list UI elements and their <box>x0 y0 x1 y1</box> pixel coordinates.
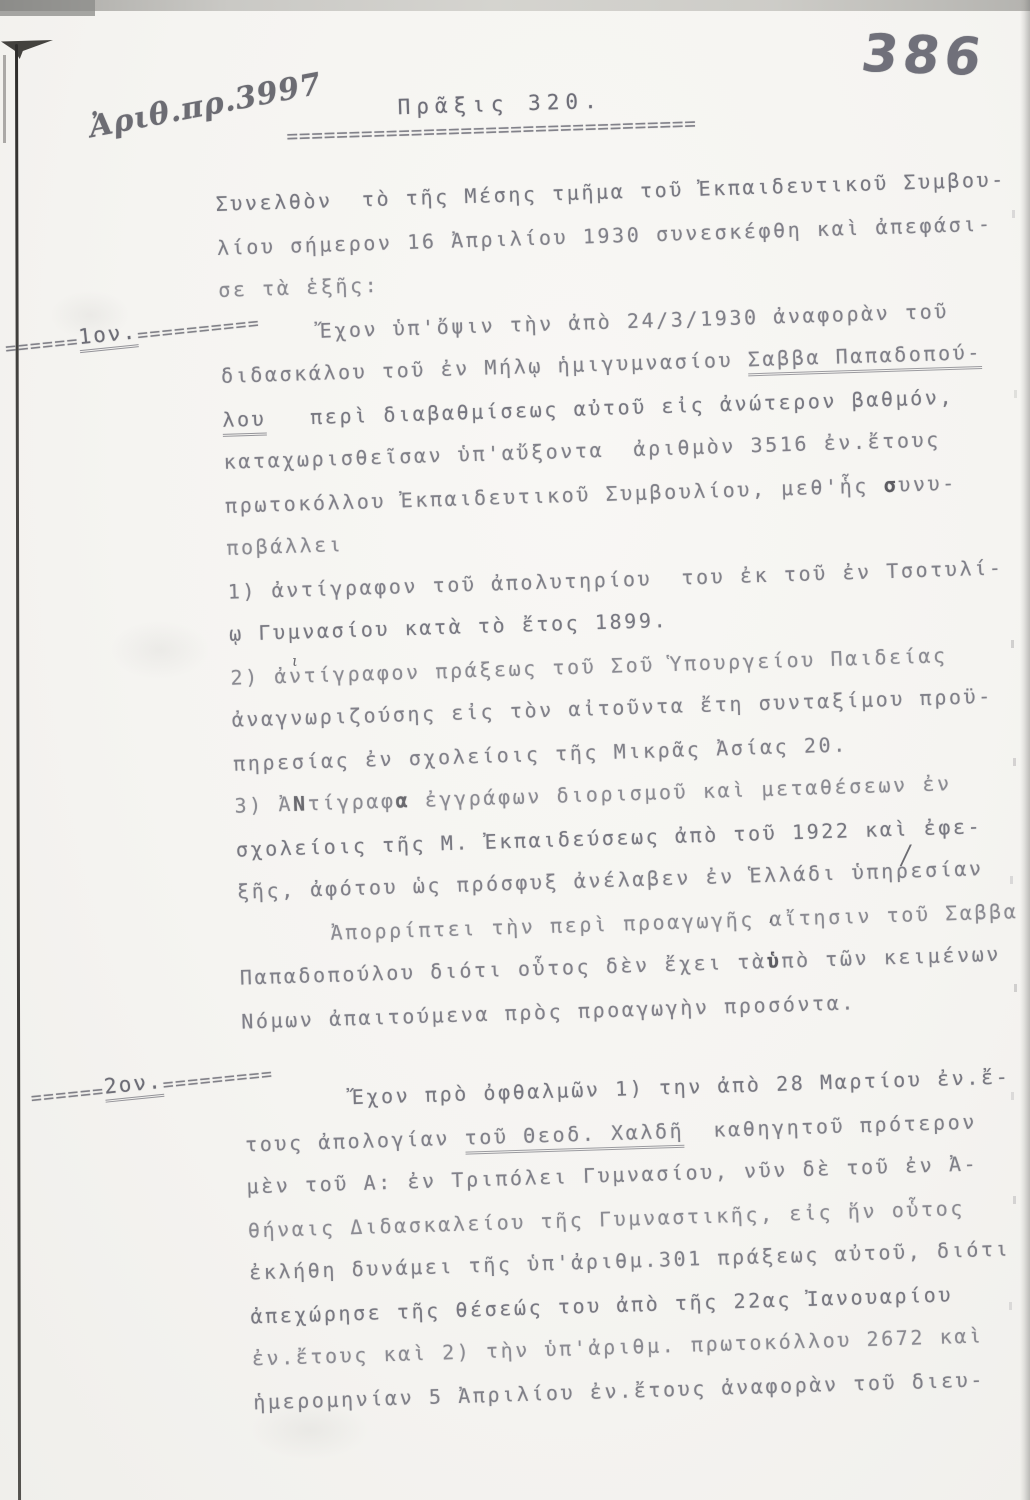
text-segment: υνυ- <box>898 471 957 497</box>
title-underline: ================================= <box>286 113 697 148</box>
hand-mark: ι <box>292 652 298 670</box>
text-segment: 3) Ἀ <box>234 792 293 818</box>
typewritten-layer: Ἀριθ.πρ.3997 Πρᾶξις 320. ===============… <box>0 0 1030 1500</box>
document-title: Πρᾶξις 320. <box>397 89 603 119</box>
marker-dashes: ====== <box>30 1081 106 1109</box>
marker-label: 1ον. <box>77 319 138 353</box>
hand-overwritten-text: Ν <box>293 791 308 815</box>
hand-overwritten-text: ὑ <box>766 949 781 973</box>
hand-overwritten-text: σ <box>883 473 898 497</box>
margin-marker-2: ======2ον.========= <box>29 1058 274 1107</box>
underlined-text: Σαββα Παπαδοπού- <box>747 340 982 376</box>
document-body: Συνελθὸν τὸ τῆς Μέσης τμῆμα τοῦ Ἐκπαιδευ… <box>215 158 1030 1424</box>
underlined-text: τοῦ Θεοδ. Χαλδῆ <box>464 1119 684 1155</box>
underlined-text: λου <box>222 407 267 437</box>
text-segment: καθηγητοῦ πρότερον <box>684 1110 977 1143</box>
text-segment: Νόμων ἀπαιτούμενα πρὸς προαγωγὴν προσόντ… <box>241 990 856 1033</box>
text-segment: τους ἀπολογίαν <box>245 1126 465 1157</box>
text-segment: διδασκάλου τοῦ ἐν Μήλῳ ἡμιγυμνασίου <box>221 347 749 388</box>
text-segment: πὸ τῶν κειμένων <box>781 942 1001 973</box>
scanned-document-page: 386 Ἀριθ.πρ.3997 Πρᾶξις 320. ===========… <box>0 0 1030 1500</box>
text-segment: Παπαδοπούλου διότι οὗτος δὲν ἔχει τὰ <box>240 949 768 990</box>
text-segment: τίγραφ <box>307 789 396 816</box>
text-segment: ῳ Γυμνασίου κατὰ τὸ ἔτος 1899. <box>229 608 669 646</box>
text-segment: σε τὰ ἑξῆς: <box>218 273 380 302</box>
text-segment: ποβάλλει <box>226 532 344 560</box>
hand-overwritten-text: α <box>395 788 410 812</box>
marker-label: 2ον. <box>103 1069 164 1103</box>
handwritten-correction-marks: /ιʹ <box>0 0 1024 7</box>
text-segment: ἐγγράφων διορισμοῦ καὶ μεταθέσεων ἐν <box>410 771 952 812</box>
marker-dashes: ====== <box>4 331 80 359</box>
hand-mark: / <box>901 841 911 871</box>
hand-mark: ʹ <box>768 917 774 938</box>
margin-markers: ======1ον.================2ον.========= <box>0 0 1024 7</box>
